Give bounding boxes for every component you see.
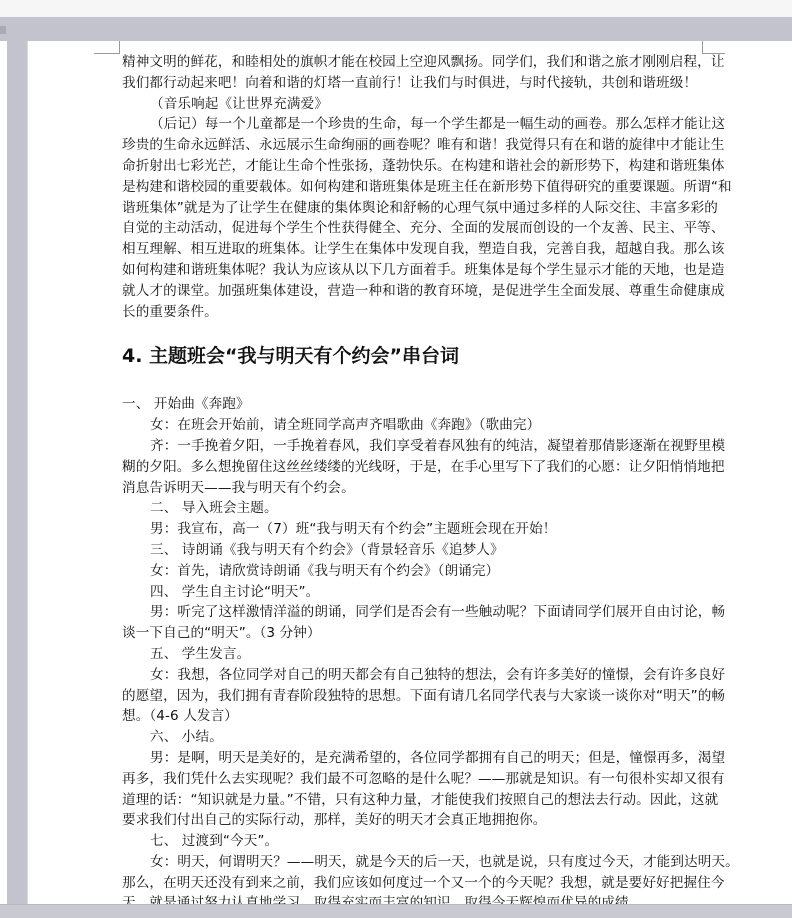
paragraph-line: 就人才的课堂。加强班集体建设，营造一种和谐的教育环境，是促进学生全面发展、尊重生…	[122, 281, 736, 302]
script-line: 那么，在明天还没有到来之前，我们应该如何度过一个又一个的今天呢？我想，就是要好好…	[122, 873, 736, 894]
script-line: 四、 学生自主讨论“明天”。	[122, 582, 736, 603]
vertical-ruler[interactable]	[7, 41, 27, 918]
script-line: 齐：一手挽着夕阳，一手挽着春风，我们享受着春风独有的纯洁，凝望着那倩影逐渐在视野…	[122, 436, 736, 457]
margin-corner-mark-left	[94, 41, 120, 54]
script-line: 三、 诗朗诵《我与明天有个约会》（背景轻音乐《追梦人》	[122, 540, 736, 561]
script-line: 五、 学生发言。	[122, 644, 736, 665]
script-line: 再多，我们凭什么去实现呢？我们最不可忽略的是什么呢？——那就是知识。有一句很朴实…	[122, 769, 736, 790]
paragraph-line: 长的重要条件。	[122, 302, 736, 323]
script-line: 六、 小结。	[122, 727, 736, 748]
script-line: 谈一下自己的“明天”。（3 分钟）	[122, 623, 736, 644]
paragraph-line: 我们都行动起来吧！向着和谐的灯塔一直前行！让我们与时俱进，与时代接轨，共创和谐班…	[122, 73, 736, 94]
script-line: 女：在班会开始前，请全班同学高声齐唱歌曲《奔跑》（歌曲完）	[122, 415, 736, 436]
script-line: 二、 导入班会主题。	[122, 498, 736, 519]
script-line: 道理的话：“知识就是力量。”不错，只有这种力量，才能使我们按照自己的想法去行动。…	[122, 790, 736, 811]
toolbar-strip	[0, 0, 792, 17]
script-line: 想。（4-6 人发言）	[122, 706, 736, 727]
paragraph-line: 自觉的主动活动，促进每个学生个性获得健全、充分、全面的发展而创设的一个友善、民主…	[122, 218, 736, 239]
horizontal-ruler[interactable]	[0, 17, 792, 41]
script-line: 糊的夕阳。多么想挽留住这丝丝缕缕的光线呀，于是，在手心里写下了我们的心愿：让夕阳…	[122, 457, 736, 478]
tab-selector-button[interactable]	[0, 26, 6, 34]
script-line: 七、 过渡到“今天”。	[122, 831, 736, 852]
script-line: 一、 开始曲《奔跑》	[122, 394, 736, 415]
paragraph-line: 是构建和谐校园的重要载体。如何构建和谐班集体是班主任在新形势下值得研究的重要课题…	[122, 177, 736, 198]
script-line: 要求我们付出自己的实际行动，那样，美好的明天才会真正地拥抱你。	[122, 810, 736, 831]
script-line: 女：首先，请欣赏诗朗诵《我与明天有个约会》（朗诵完）	[122, 561, 736, 582]
paragraph-line: 谐班集体”就是为了让学生在健康的集体舆论和舒畅的心理气氛中通过多样的人际交往、丰…	[122, 198, 736, 219]
section-heading: 4. 主题班会“我与明天有个约会”串台词	[122, 344, 736, 368]
script-line: 的愿望，因为，我们拥有青春阶段独特的思想。下面有请几名同学代表与大家谈一谈你对“…	[122, 686, 736, 707]
script-line: 女：明天，何谓明天？——明天，就是今天的后一天，也就是说，只有度过今天，才能到达…	[122, 852, 736, 873]
script-line: 女：我想，各位同学对自己的明天都会有自己独特的想法，会有许多美好的憧憬，会有许多…	[122, 665, 736, 686]
paragraph-line: 精神文明的鲜花，和睦相处的旗帜才能在校园上空迎风飘扬。同学们，我们和谐之旅才刚刚…	[122, 52, 736, 73]
paragraph-line: 相互理解、相互进取的班集体。让学生在集体中发现自我，塑造自我，完善自我，超越自我…	[122, 239, 736, 260]
status-bar	[0, 904, 792, 918]
paragraph-line: （后记）每一个儿童都是一个珍贵的生命，每一个学生都是一幅生动的画卷。那么怎样才能…	[122, 114, 736, 135]
script-line: 男：听完了这样激情洋溢的朗诵，同学们是否会有一些触动呢？下面请同学们展开自由讨论…	[122, 602, 736, 623]
music-note: （音乐响起《让世界充满爱》	[122, 94, 736, 115]
paragraph-line: 珍贵的生命永远鲜活、永远展示生命绚丽的画卷呢？唯有和谐！我觉得只有在和谐的旋律中…	[122, 135, 736, 156]
paragraph-line: 命折射出七彩光芒，才能让生命个性张扬，蓬勃快乐。在构建和谐社会的新形势下，构建和…	[122, 156, 736, 177]
paragraph-line: 如何构建和谐班集体呢？我认为应该从以下几方面着手。班集体是每个学生显示才能的天地…	[122, 260, 736, 281]
script-line: 男：是啊，明天是美好的，是充满希望的，各位同学都拥有自己的明天；但是，憧憬再多，…	[122, 748, 736, 769]
script-line: 消息告诉明天——我与明天有个约会。	[122, 478, 736, 499]
script-line: 男：我宣布，高一（7）班“我与明天有个约会”主题班会现在开始！	[122, 519, 736, 540]
document-body[interactable]: 精神文明的鲜花，和睦相处的旗帜才能在校园上空迎风飘扬。同学们，我们和谐之旅才刚刚…	[122, 52, 736, 914]
